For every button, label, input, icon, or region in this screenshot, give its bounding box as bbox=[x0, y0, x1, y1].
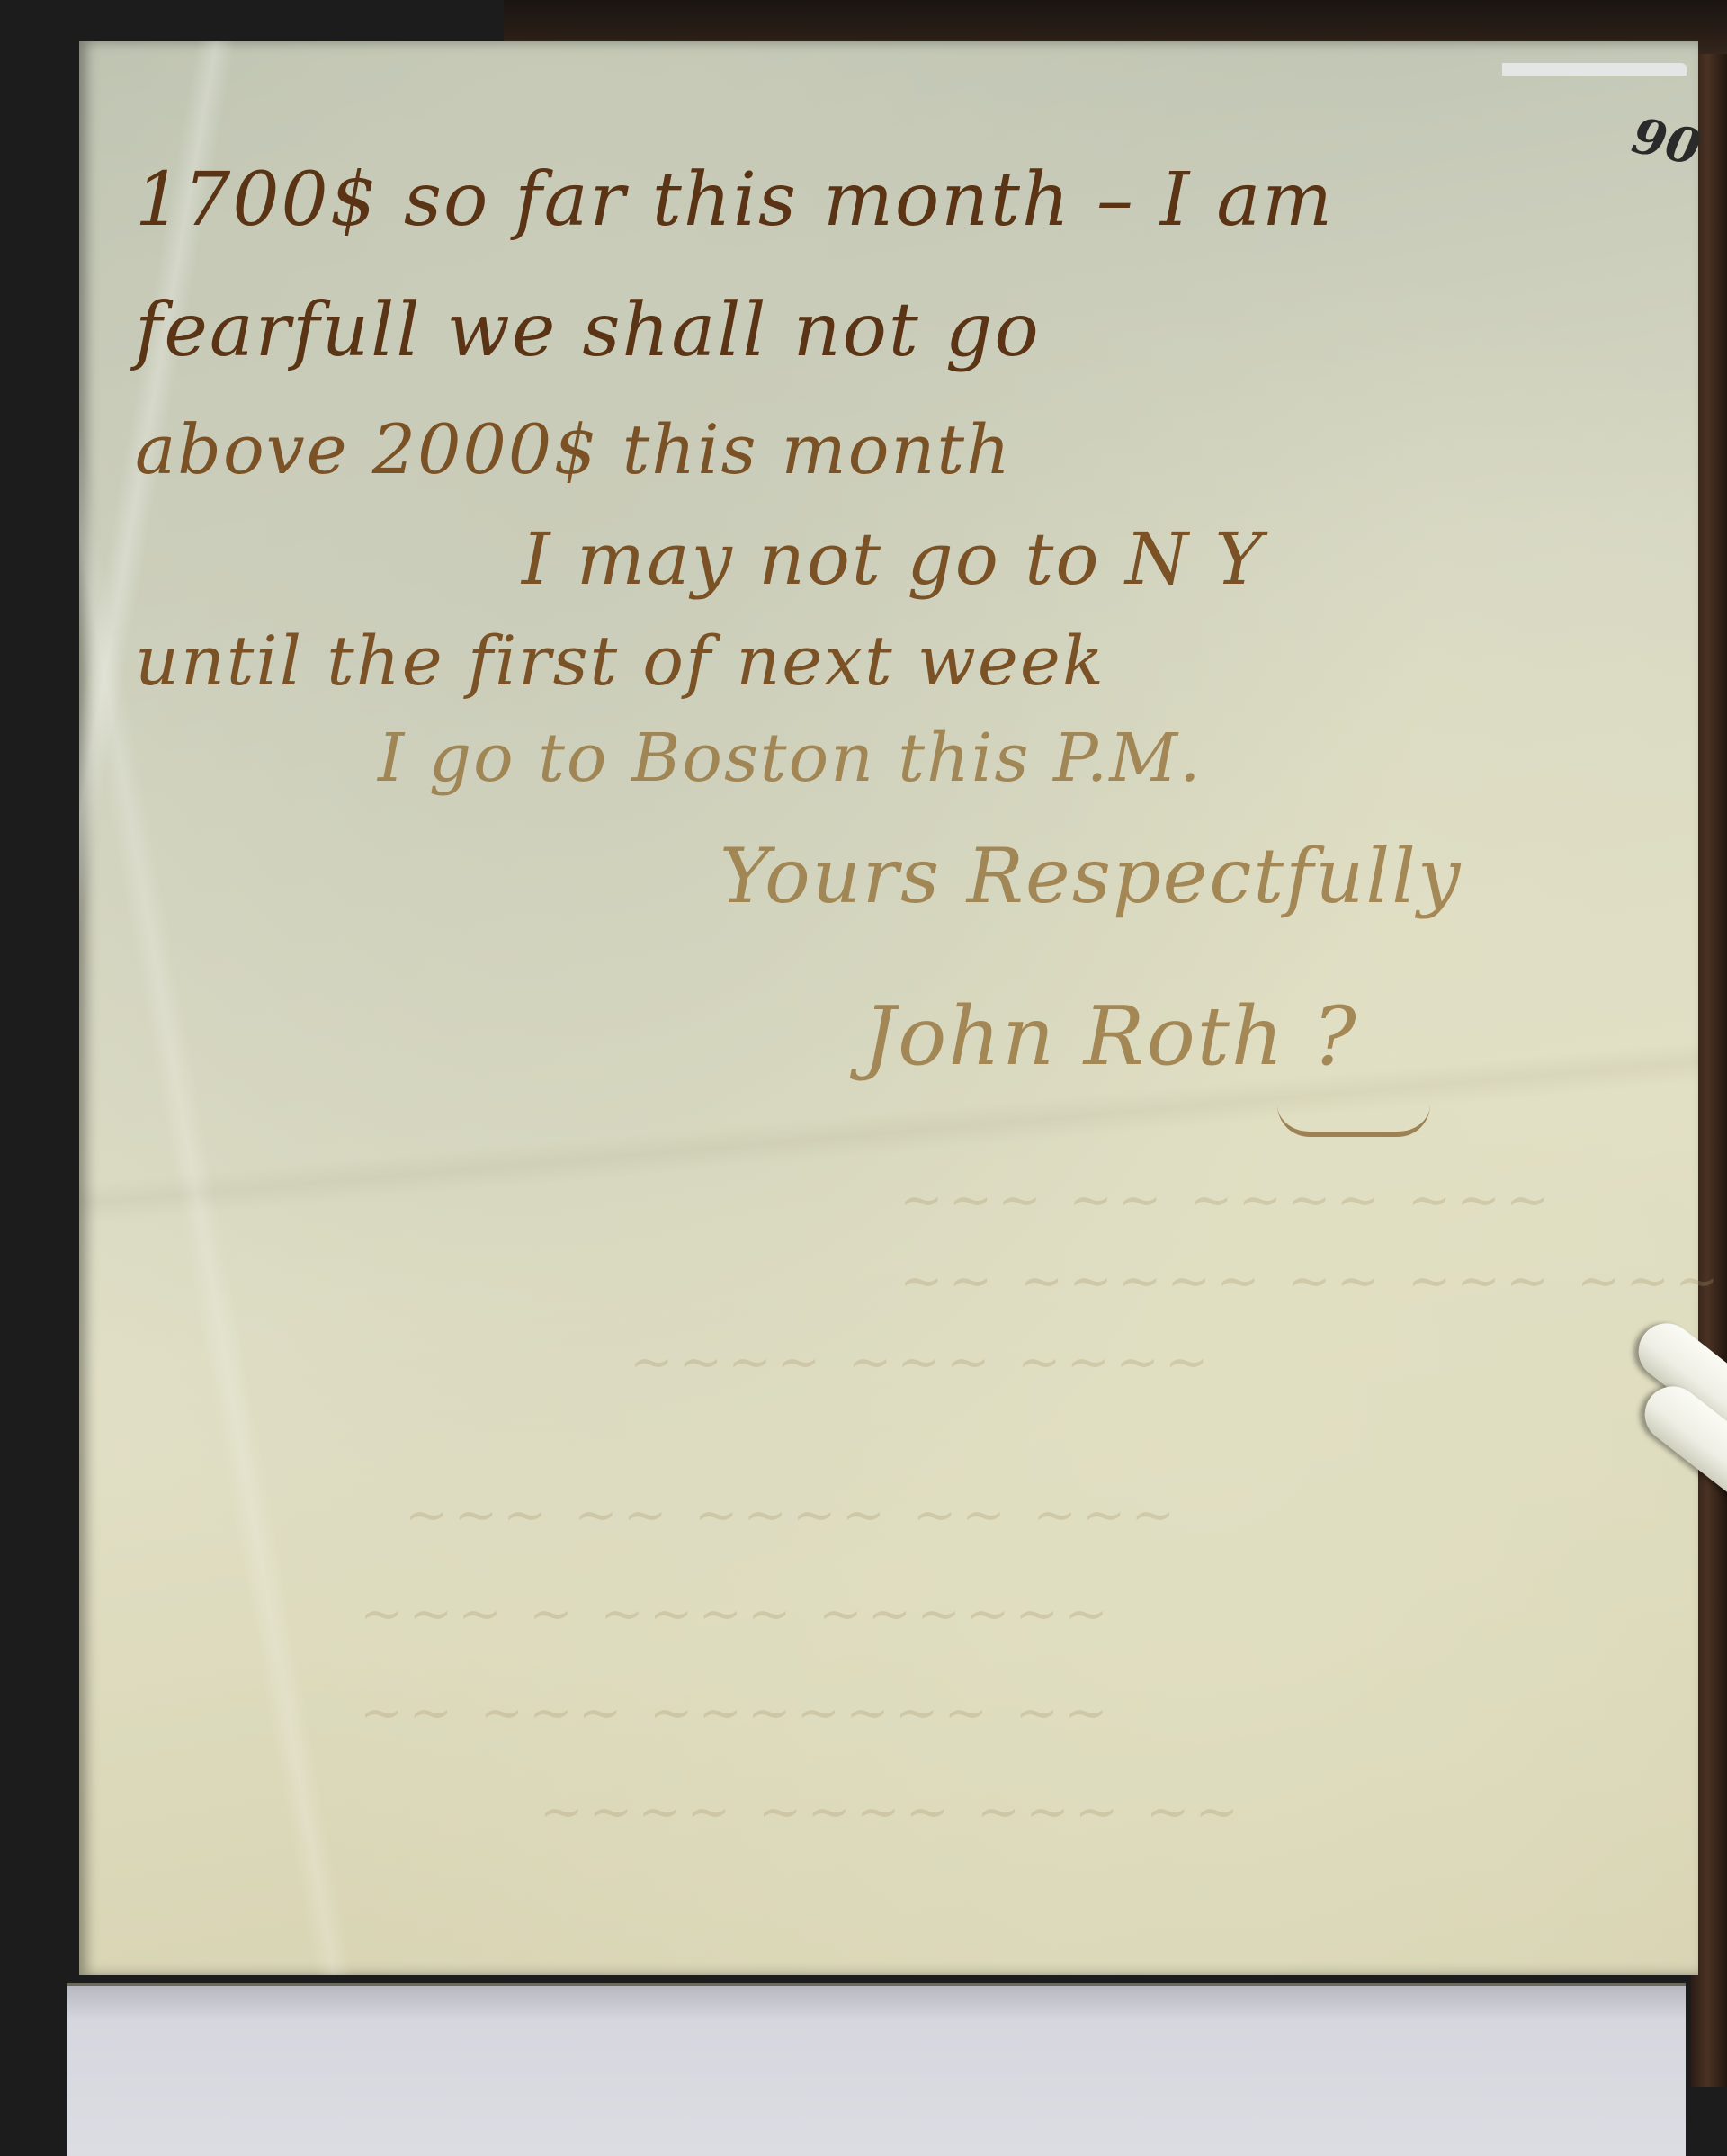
letter-closing: Yours Respectfully bbox=[720, 832, 1463, 920]
page-edge bbox=[1502, 63, 1687, 76]
bleed-through-line: ~~~ ~~ ~~~~ ~~ ~~~ bbox=[405, 1484, 1180, 1545]
bleed-through-line: ~~ ~~~~~ ~~ ~~~ ~~~~ bbox=[899, 1250, 1727, 1311]
bleed-through-line: ~~~~ ~~~ ~~~~ bbox=[630, 1331, 1213, 1392]
letter-line-6: I go to Boston this P.M. bbox=[378, 720, 1203, 797]
letter-line-2: fearfull we shall not go bbox=[135, 288, 1041, 373]
letter-signature: John Roth ? bbox=[863, 989, 1358, 1084]
letter-line-1: 1700$ so far this month – I am bbox=[135, 157, 1334, 243]
letter-line-4: I may not go to N Y bbox=[522, 517, 1264, 601]
bleed-through-line: ~~ ~~~ ~~~~~~~ ~~ bbox=[360, 1682, 1114, 1743]
bleed-through-line: ~~~ ~~ ~~~~ ~~~ bbox=[899, 1169, 1554, 1230]
signature-flourish bbox=[1277, 1105, 1430, 1137]
tissue-paper-strip bbox=[67, 1983, 1686, 2156]
bleed-through-line: ~~~ ~ ~~~~ ~~~~~~ bbox=[360, 1583, 1114, 1644]
letter-line-5: until the first of next week bbox=[135, 621, 1105, 701]
letter-line-3: above 2000$ this month bbox=[135, 409, 1012, 489]
bleed-through-line: ~~~~ ~~~~ ~~~ ~~ bbox=[540, 1781, 1244, 1842]
